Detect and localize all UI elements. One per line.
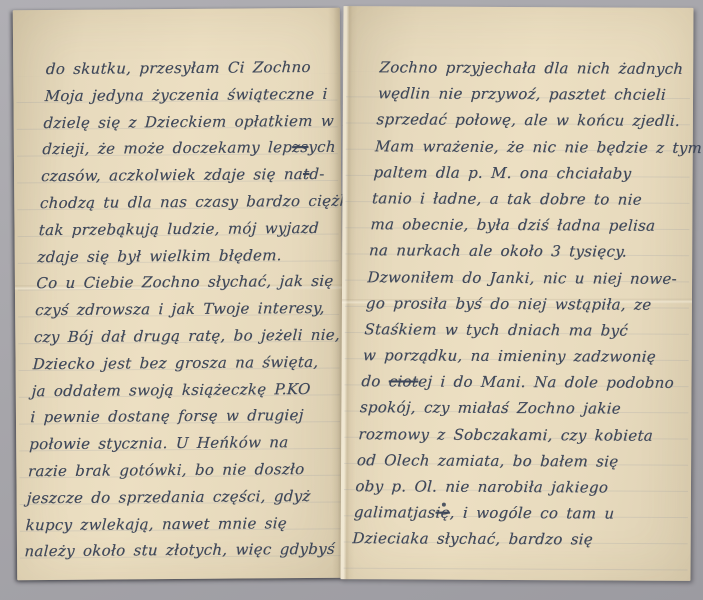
handwritten-line: ma obecnie, była dziś ładna pelisa [370, 211, 694, 239]
handwritten-line: do skutku, przesyłam Ci Zochno [45, 54, 347, 83]
handwritten-line: w porządku, na imieniny zadzwonię [362, 342, 686, 370]
handwritten-line: Dziecko jest bez grosza na święta, [32, 349, 334, 378]
text-segment: do [361, 372, 389, 390]
letter-page-left: do skutku, przesyłam Ci ZochnoMoja jedyn… [13, 8, 344, 581]
handwritten-line: dzielę się z Dzieckiem opłatkiem w na- [43, 107, 345, 136]
handwritten-line: chodzą tu dla nas czasy bardzo ciężkie [39, 188, 341, 217]
handwritten-line: od Olech zamiata, bo bałem się [356, 447, 680, 475]
handwritten-line: Co u Ciebie Zochno słychać, jak się czuj… [36, 268, 338, 297]
text-segment: dzieji, że może doczekamy lep [42, 138, 293, 158]
letter-page-right: Zochno przyjechała dla nich żadnychwędli… [341, 6, 694, 581]
handwritten-line: rozmowy z Sobczakami, czy kobieta [358, 421, 682, 449]
ink-blot [442, 503, 446, 507]
handwritten-line: sprzedać połowę, ale w końcu zjedli. [376, 107, 700, 135]
handwritten-line: Mam wrażenie, że nic nie będzie z tym [374, 133, 698, 161]
handwritten-line: galimatjasię, i wogóle co tam u [353, 499, 677, 527]
text-segment: ej i do Mani. Na dole podobno [418, 373, 675, 392]
handwritten-line: Zochno przyjechała dla nich żadnych [379, 54, 703, 82]
handwritten-line: tak przebąkują ludzie, mój wyjazd [38, 215, 340, 244]
handwritten-line: Moja jedyna życzenia świąteczne i [44, 80, 346, 109]
handwritten-line: ja oddałem swoją książeczkę P.KO [31, 375, 333, 404]
handwritten-line: czy Bój dał drugą ratę, bo jeżeli nie, t… [33, 322, 335, 351]
struck-text: zs [292, 138, 309, 156]
handwritten-line: jeszcze do sprzedania części, gdyż [26, 483, 328, 512]
text-segment: galimatjas [353, 503, 436, 521]
text-segment: d- [309, 165, 325, 183]
handwritten-line: należy około stu złotych, więc gdybyś [24, 536, 326, 565]
handwritten-line: na nurkach ale około 3 tysięcy. [368, 238, 692, 266]
page-left-text: do skutku, przesyłam Ci ZochnoMoja jedyn… [24, 54, 348, 566]
handwritten-line: czyś zdrowsza i jak Twoje interesy, [35, 295, 337, 324]
handwritten-line: czasów, aczkolwiek zdaje się natd- [40, 161, 342, 190]
handwritten-line: zdaje się był wielkim błędem. [37, 241, 339, 270]
text-segment: , i wogóle co tam u [449, 504, 615, 523]
handwritten-line: paltem dla p. M. ona chciałaby [373, 159, 697, 187]
handwritten-line: i pewnie dostanę forsę w drugiej [30, 402, 332, 431]
scanned-letter: do skutku, przesyłam Ci ZochnoMoja jedyn… [0, 0, 703, 600]
handwritten-line: połowie stycznia. U Heńków na [29, 429, 331, 458]
handwritten-line: Staśkiem w tych dniach ma być [364, 316, 688, 344]
handwritten-line: do ciotej i do Mani. Na dole podobno [361, 368, 685, 396]
text-segment: ych [308, 138, 336, 156]
handwritten-line: Dzieciaka słychać, bardzo się [352, 526, 676, 554]
handwritten-line: dzieji, że może doczekamy lepzsych [42, 134, 344, 163]
handwritten-line: oby p. Ol. nie narobiła jakiego [355, 473, 679, 501]
page-right-text: Zochno przyjechała dla nich żadnychwędli… [352, 54, 703, 553]
handwritten-line: kupcy zwlekają, nawet mnie się [25, 509, 327, 538]
handwritten-line: tanio i ładne, a tak dobre to nie [371, 185, 695, 213]
handwritten-line: Dzwoniłem do Janki, nic u niej nowe- [367, 264, 691, 292]
text-segment: czasów, aczkolwiek zdaje się na [41, 165, 304, 185]
struck-text: ciot [388, 373, 419, 391]
handwritten-line: spokój, czy miałaś Zochno jakie [359, 395, 683, 423]
handwritten-line: wędlin nie przywoź, pasztet chcieli [377, 80, 701, 108]
handwritten-line: go prosiła byś do niej wstąpiła, ze [365, 290, 689, 318]
handwritten-line: razie brak gotówki, bo nie doszło [27, 456, 329, 485]
